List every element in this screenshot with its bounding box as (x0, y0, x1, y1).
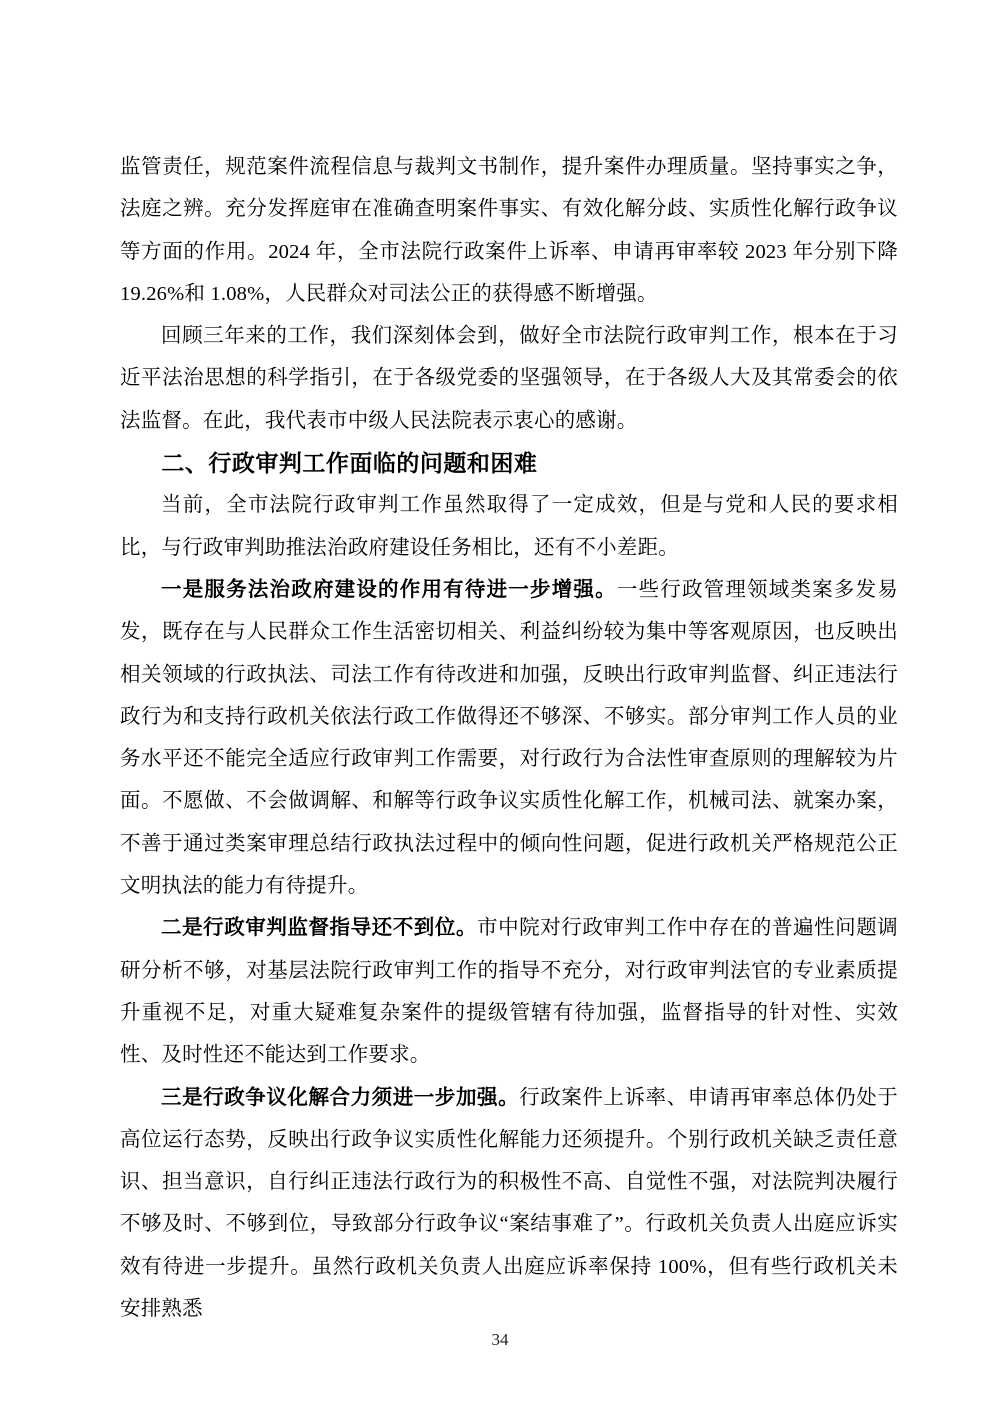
paragraph-text: 行政案件上诉率、申请再审率总体仍处于高位运行态势，反映出行政争议实质性化解能力还… (120, 1087, 898, 1320)
paragraph-text: 一些行政管理领域类案多发易发，既存在与人民群众工作生活密切相关、利益纠纷较为集中… (120, 579, 898, 897)
paragraph-lead-bold: 一是服务法治政府建设的作用有待进一步增强。 (161, 579, 617, 601)
page-number: 34 (0, 1330, 1000, 1350)
paragraph-text: 市中院对行政审判工作中存在的普遍性问题调研分析不够，对基层法院行政审判工作的指导… (120, 917, 898, 1066)
paragraph-text: 监管责任，规范案件流程信息与裁判文书制作，提升案件办理质量。坚持事实之争，法庭之… (120, 156, 898, 305)
body-paragraph: 当前，全市法院行政审判工作虽然取得了一定成效，但是与党和人民的要求相比，与行政审… (120, 484, 898, 569)
document-body: 监管责任，规范案件流程信息与裁判文书制作，提升案件办理质量。坚持事实之争，法庭之… (120, 146, 898, 1330)
body-paragraph: 监管责任，规范案件流程信息与裁判文书制作，提升案件办理质量。坚持事实之争，法庭之… (120, 146, 898, 315)
body-paragraph: 三是行政争议化解合力须进一步加强。行政案件上诉率、申请再审率总体仍处于高位运行态… (120, 1077, 898, 1331)
paragraph-text: 当前，全市法院行政审判工作虽然取得了一定成效，但是与党和人民的要求相比，与行政审… (120, 494, 898, 558)
document-page: 监管责任，规范案件流程信息与裁判文书制作，提升案件办理质量。坚持事实之争，法庭之… (0, 0, 1000, 1415)
section-heading-text: 二、行政审判工作面临的问题和困难 (161, 450, 537, 476)
body-paragraph: 一是服务法治政府建设的作用有待进一步增强。一些行政管理领域类案多发易发，既存在与… (120, 569, 898, 907)
section-heading: 二、行政审判工作面临的问题和困难 (120, 442, 898, 484)
paragraph-text: 回顾三年来的工作，我们深刻体会到，做好全市法院行政审判工作，根本在于习近平法治思… (120, 325, 898, 432)
body-paragraph: 回顾三年来的工作，我们深刻体会到，做好全市法院行政审判工作，根本在于习近平法治思… (120, 315, 898, 442)
paragraph-lead-bold: 二是行政审判监督指导还不到位。 (161, 917, 477, 939)
body-paragraph: 二是行政审判监督指导还不到位。市中院对行政审判工作中存在的普遍性问题调研分析不够… (120, 907, 898, 1076)
paragraph-lead-bold: 三是行政争议化解合力须进一步加强。 (161, 1087, 519, 1109)
